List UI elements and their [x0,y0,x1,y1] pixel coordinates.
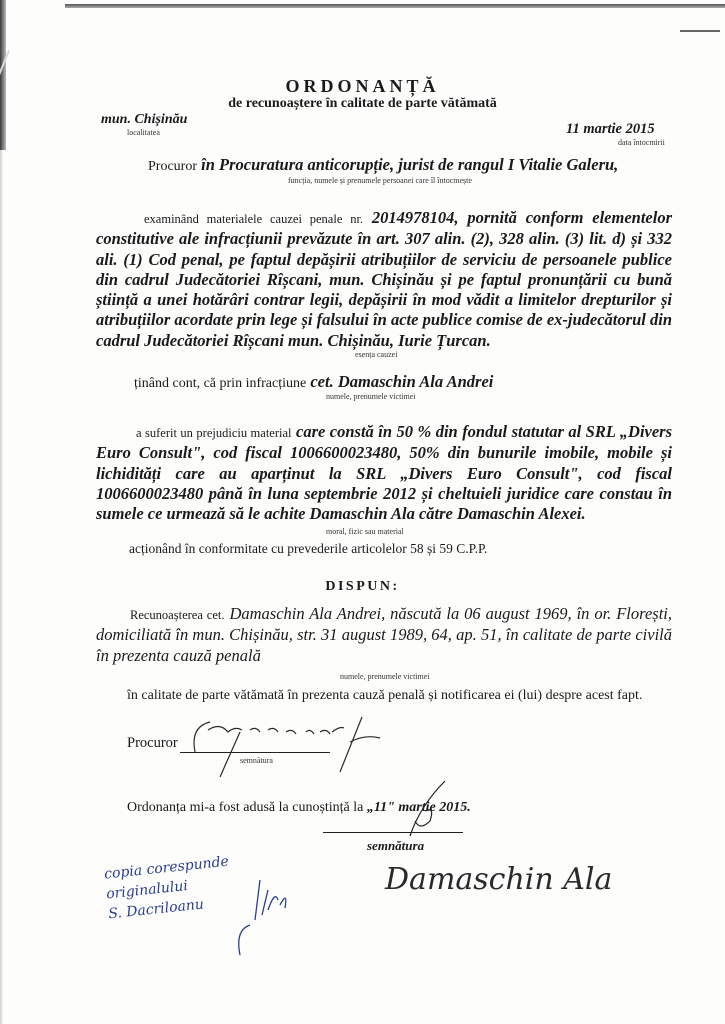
damage-lead: a suferit un prejudiciu material [136,426,292,440]
case-caption: esența cauzei [355,350,397,359]
locality-value: mun. Chișinău [101,112,187,128]
prosecutor-caption: funcția, numele și prenumele persoanei c… [288,176,472,185]
victim-signature: Damaschin Ala [385,862,612,897]
locality-caption: localitatea [127,128,160,137]
recognition-paragraph: Recunoașterea cet. Damaschin Ala Andrei,… [96,604,672,666]
prosecutor-signature-scribble [180,712,380,782]
dispun-heading: DISPUN: [0,579,725,595]
scan-edge [0,0,6,150]
date-caption: data întocmirii [618,138,665,147]
notification-signature-scribble [380,776,460,846]
scan-edge [65,4,725,8]
victim-caption: numele, prenumele victimei [326,392,416,401]
scan-artifact [680,30,720,32]
case-value: 2014978104, pornită conform elementelor … [96,208,672,350]
prosecutor-line: Procuror în Procuratura anticorupție, ju… [148,155,618,175]
victim-lead: ținând cont, că prin infracțiune [134,376,306,391]
prosecutor-signature-label: Procuror [127,735,178,752]
notification-text: Ordonanța mi-a fost adusă la cunoștință … [127,800,363,815]
victim-line: ținând cont, că prin infracțiune cet. Da… [134,372,493,392]
acting-line: acționând în conformitate cu prevederile… [129,541,487,557]
prosecutor-lead: Procuror [148,159,197,174]
certifier-signature-scribble [230,870,290,960]
document-page: ORDONANȚĂ de recunoaștere în calitate de… [0,0,725,1024]
handwritten-certification: copia corespunde originalului S. Dacrilo… [103,852,234,925]
victim-value: cet. Damaschin Ala Andrei [310,372,493,391]
case-paragraph: examinând materialele cauzei penale nr. … [96,208,672,351]
recognition-caption: numele, prenumele victimei [340,672,430,681]
damage-caption: moral, fizic sau material [326,527,404,536]
prosecutor-value: în Procuratura anticorupție, jurist de r… [201,155,618,174]
case-lead: examinând materialele cauzei penale nr. [144,212,363,226]
recognition-lead: Recunoașterea cet. [130,608,225,622]
document-title: ORDONANȚĂ [0,76,725,97]
date-value: 11 martie 2015 [566,121,655,138]
damage-paragraph: a suferit un prejudiciu material care co… [96,422,672,524]
closing-line: în calitate de parte vătămată în prezent… [127,688,642,704]
document-subtitle: de recunoaștere în calitate de parte văt… [0,96,725,112]
